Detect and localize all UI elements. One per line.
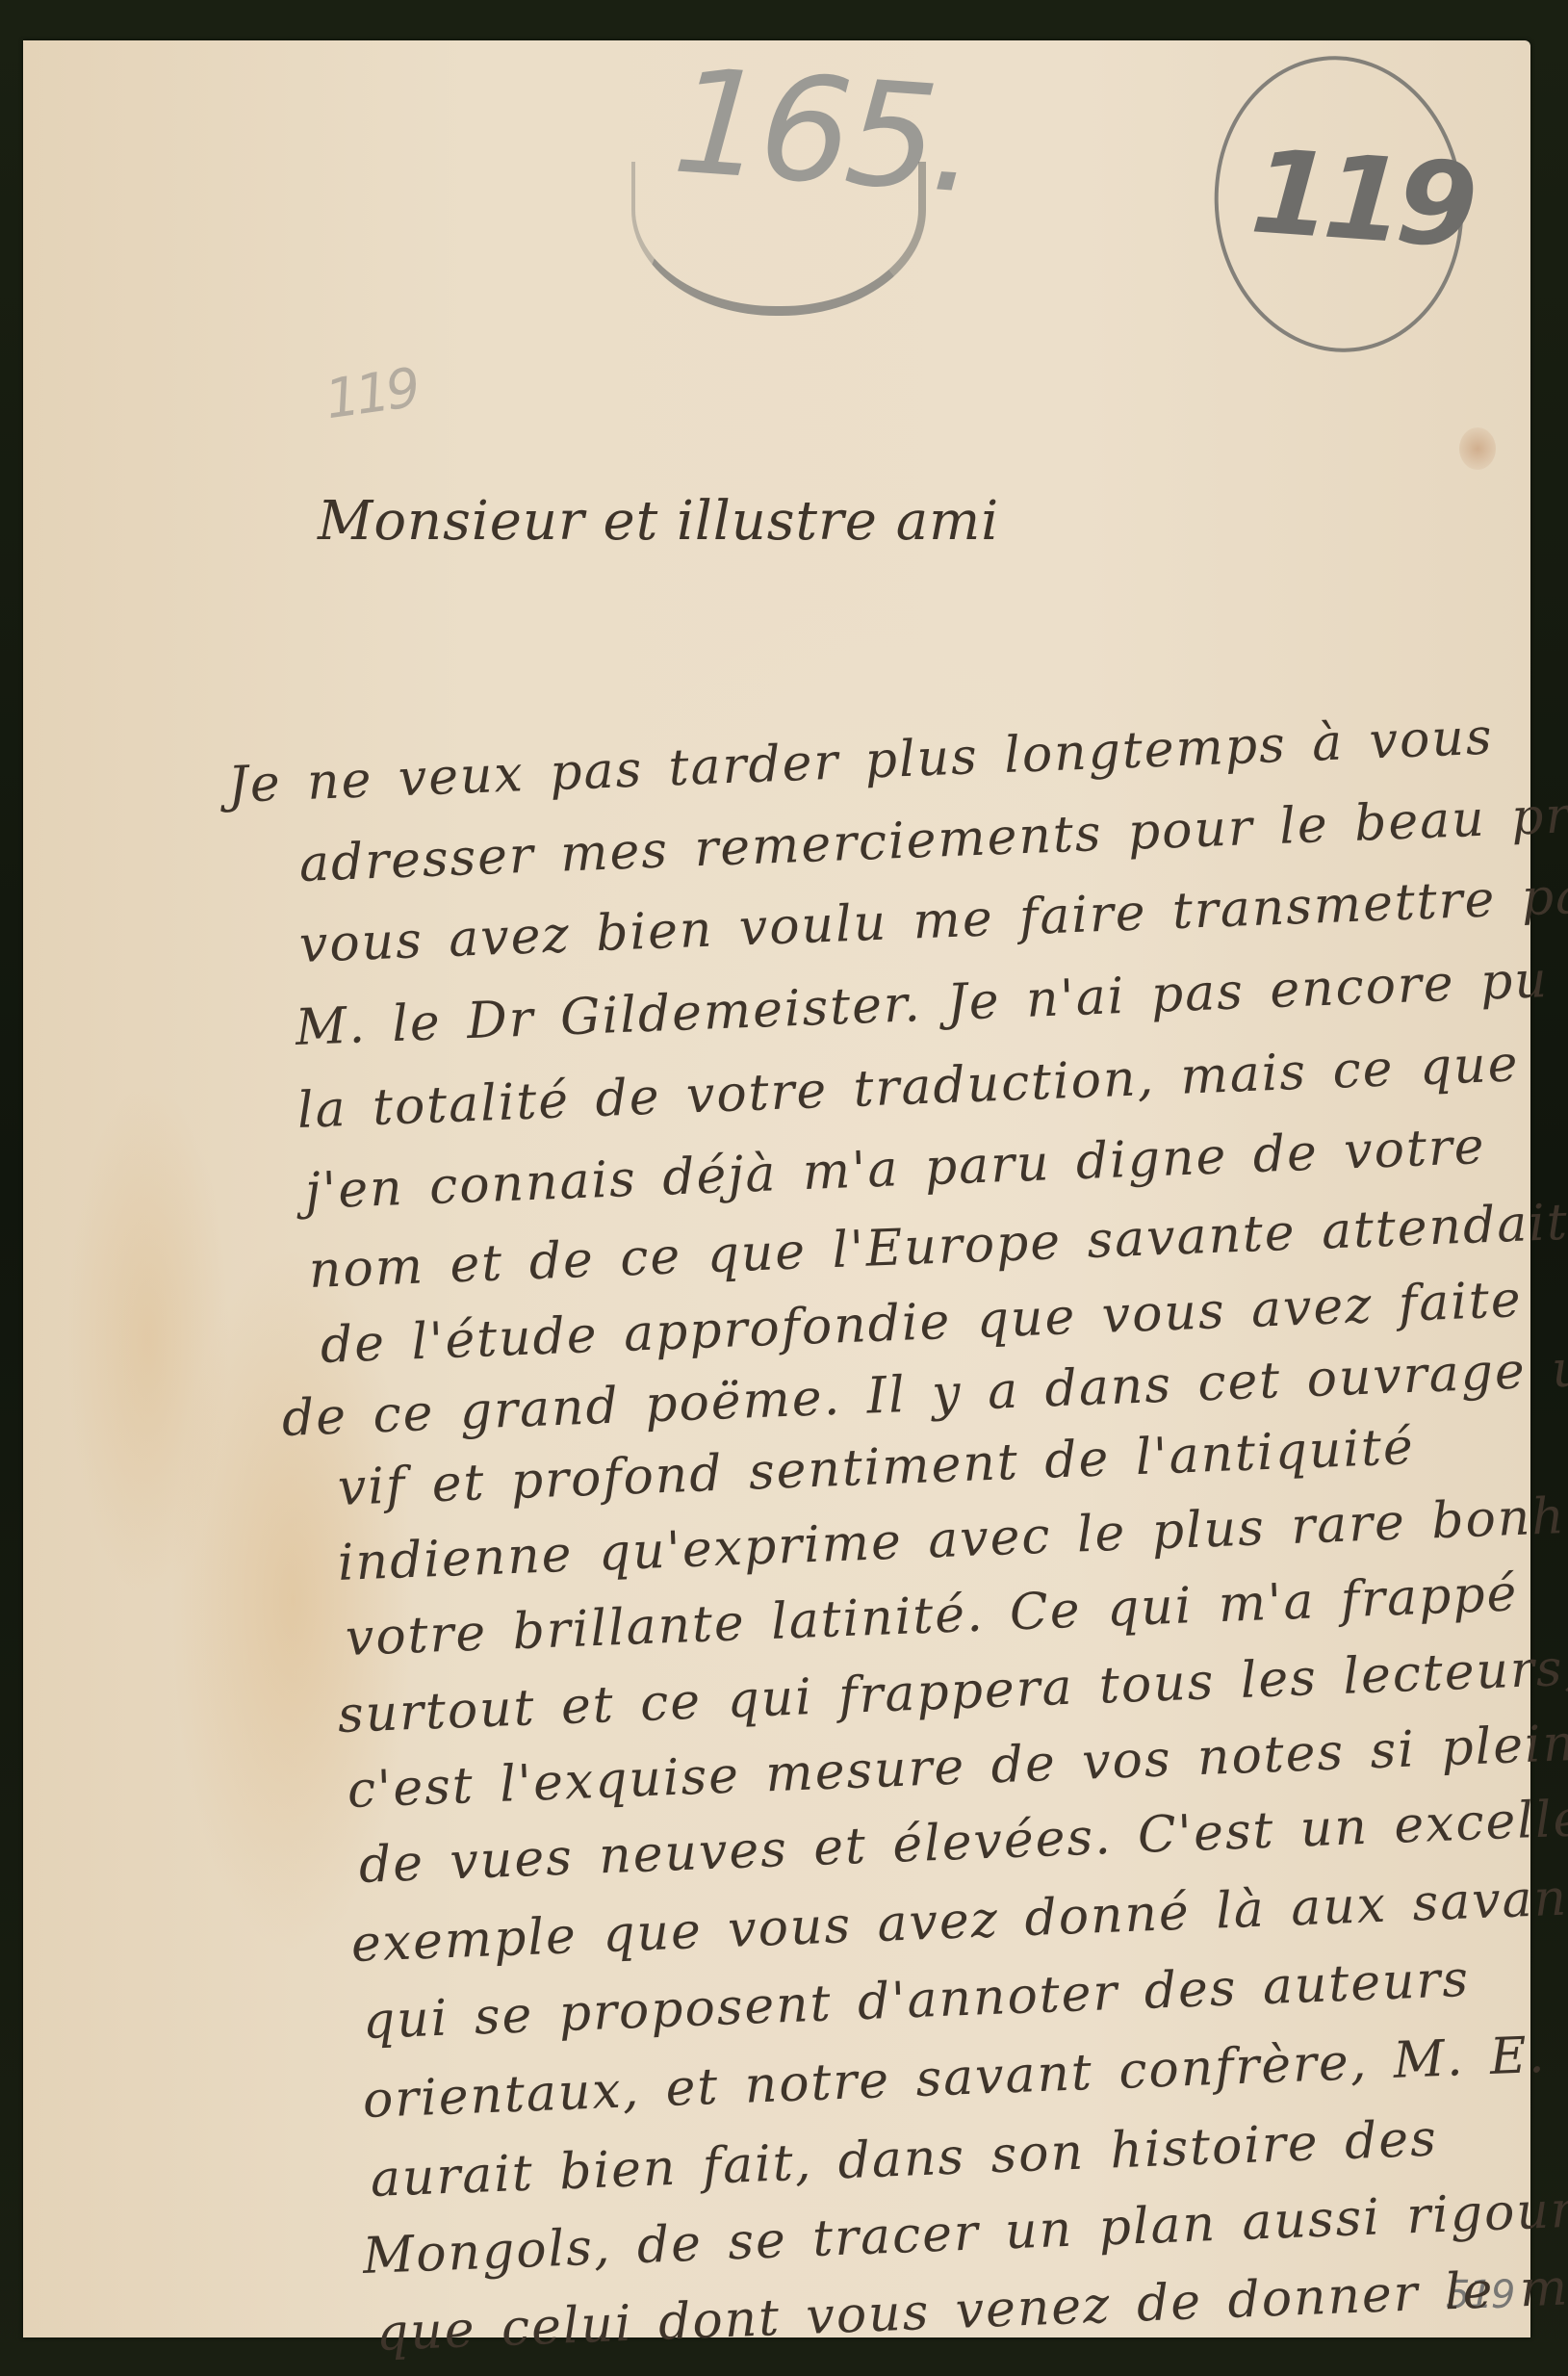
folio-number-119-circled: 119 — [1247, 135, 1473, 266]
folio-number-119-small: 119 — [322, 362, 421, 428]
stain-spot — [1459, 427, 1496, 470]
letter-salutation: Monsieur et illustre ami — [318, 495, 999, 549]
